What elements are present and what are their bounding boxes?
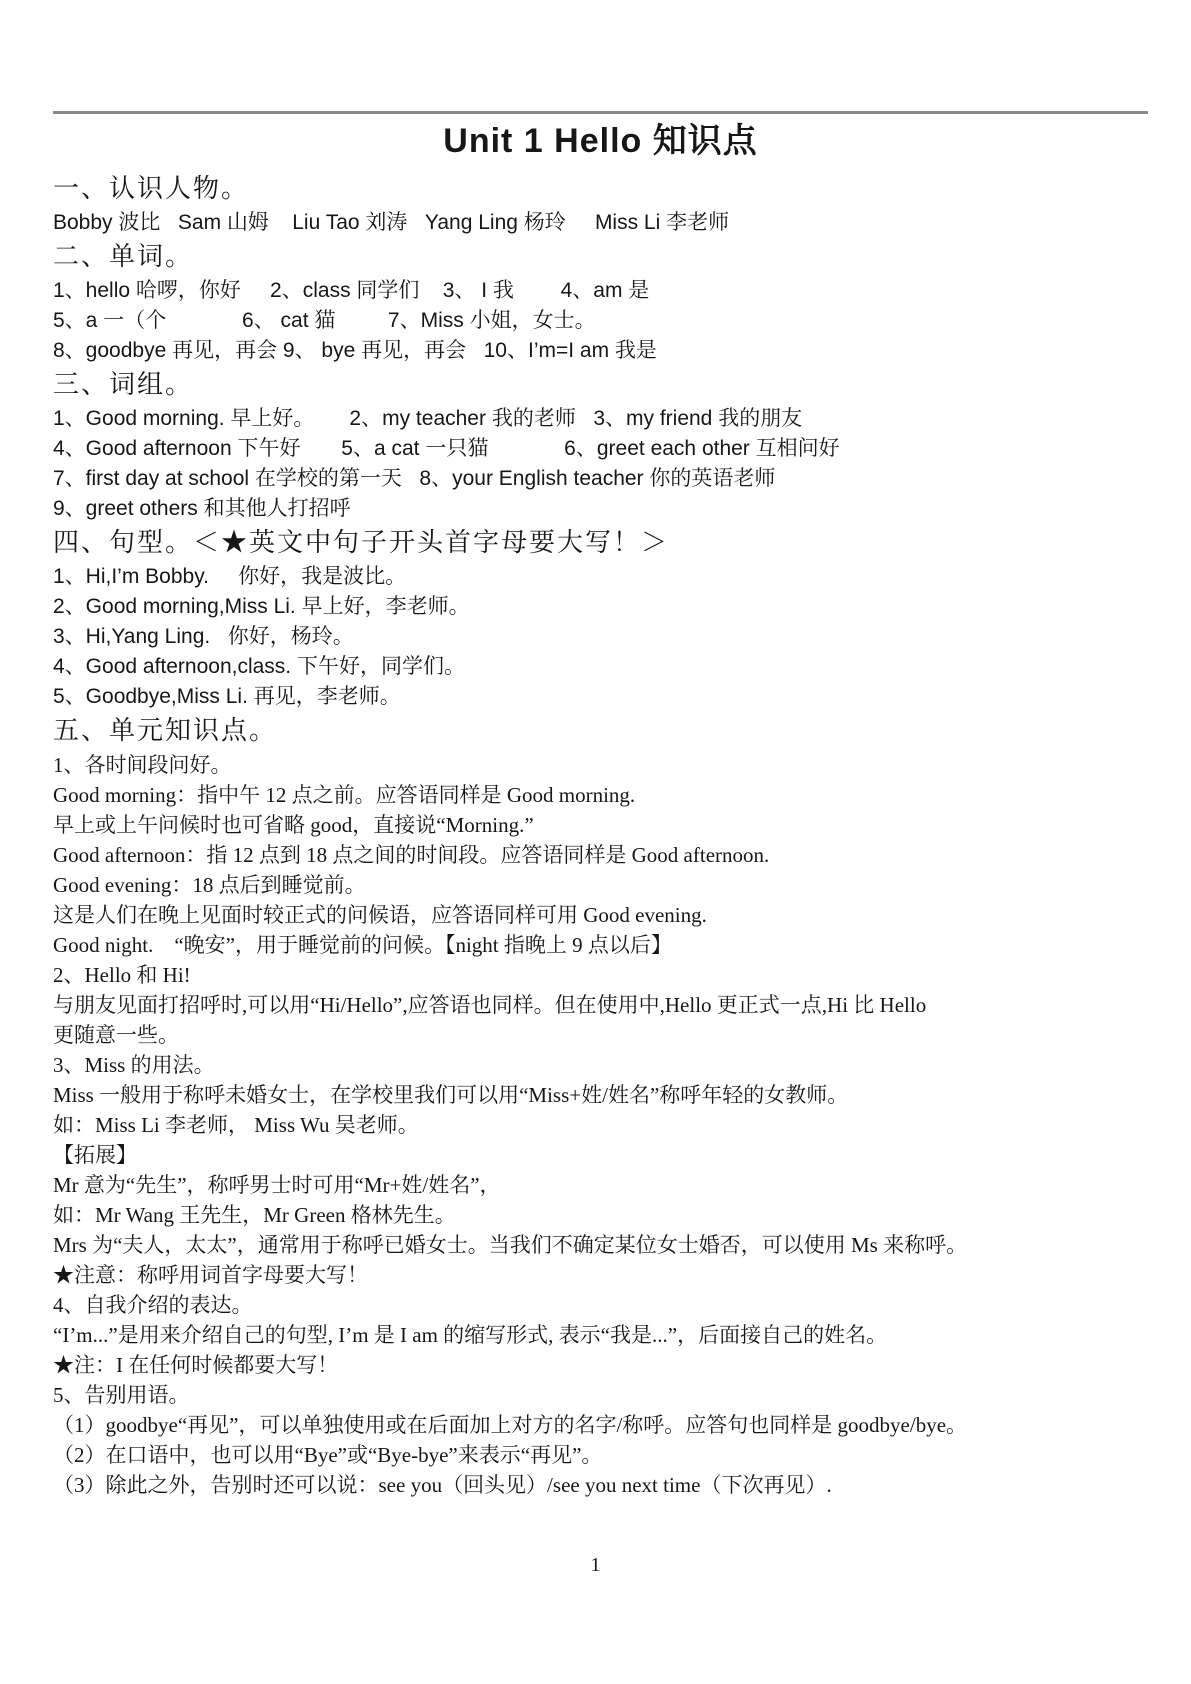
sentences-line-5: 5、Goodbye,Miss Li. 再见，李老师。: [53, 682, 1148, 712]
knowledge-line-22: 5、告别用语。: [53, 1380, 1148, 1410]
knowledge-line-2: Good morning：指中午 12 点之前。应答语同样是 Good morn…: [53, 780, 1148, 810]
knowledge-line-9: 与朋友见面打招呼时,可以用“Hi/Hello”,应答语也同样。但在使用中,Hel…: [53, 990, 1148, 1020]
phrases-line-1: 1、Good morning. 早上好。 2、my teacher 我的老师 3…: [53, 404, 1148, 434]
knowledge-line-7: Good night. “晚安”，用于睡觉前的问候。【night 指晚上 9 点…: [53, 930, 1148, 960]
sentences-line-1: 1、Hi,I’m Bobby. 你好，我是波比。: [53, 562, 1148, 592]
knowledge-line-11: 3、Miss 的用法。: [53, 1050, 1148, 1080]
document-page: Unit 1 Hello 知识点 一、认识人物。 Bobby 波比 Sam 山姆…: [0, 0, 1191, 1684]
section-heading-sentences: 四、句型。＜★英文中句子开头首字母要大写！＞: [53, 524, 1148, 562]
knowledge-line-25: （3）除此之外，告别时还可以说：see you（回头见）/see you nex…: [53, 1470, 1148, 1500]
words-line-3: 8、goodbye 再见，再会 9、 bye 再见，再会 10、I’m=I am…: [53, 336, 1148, 366]
sentences-line-2: 2、Good morning,Miss Li. 早上好，李老师。: [53, 592, 1148, 622]
sentences-line-3: 3、Hi,Yang Ling. 你好，杨玲。: [53, 622, 1148, 652]
knowledge-line-16: 如：Mr Wang 王先生，Mr Green 格林先生。: [53, 1200, 1148, 1230]
knowledge-line-19: 4、自我介绍的表达。: [53, 1290, 1148, 1320]
characters-line: Bobby 波比 Sam 山姆 Liu Tao 刘涛 Yang Ling 杨玲 …: [53, 208, 1148, 238]
page-number: 1: [0, 1552, 1191, 1578]
words-line-1: 1、hello 哈啰，你好 2、class 同学们 3、 I 我 4、am 是: [53, 276, 1148, 306]
sentences-line-4: 4、Good afternoon,class. 下午好，同学们。: [53, 652, 1148, 682]
knowledge-line-18: ★注意：称呼用词首字母要大写！: [53, 1260, 1148, 1290]
section-heading-knowledge: 五、单元知识点。: [53, 712, 1148, 750]
knowledge-line-24: （2）在口语中，也可以用“Bye”或“Bye-bye”来表示“再见”。: [53, 1440, 1148, 1470]
knowledge-line-21: ★注：I 在任何时候都要大写！: [53, 1350, 1148, 1380]
section-heading-characters: 一、认识人物。: [53, 170, 1148, 208]
knowledge-line-23: （1）goodbye“再见”，可以单独使用或在后面加上对方的名字/称呼。应答句也…: [53, 1410, 1148, 1440]
knowledge-line-12: Miss 一般用于称呼未婚女士，在学校里我们可以用“Miss+姓/姓名”称呼年轻…: [53, 1080, 1148, 1110]
phrases-line-2: 4、Good afternoon 下午好 5、a cat 一只猫 6、greet…: [53, 434, 1148, 464]
phrases-line-4: 9、greet others 和其他人打招呼: [53, 494, 1148, 524]
knowledge-line-14: 【拓展】: [53, 1140, 1148, 1170]
knowledge-line-3: 早上或上午问候时也可省略 good，直接说“Morning.”: [53, 810, 1148, 840]
knowledge-line-10: 更随意一些。: [53, 1020, 1148, 1050]
knowledge-line-8: 2、Hello 和 Hi!: [53, 960, 1148, 990]
phrases-line-3: 7、first day at school 在学校的第一天 8、your Eng…: [53, 464, 1148, 494]
knowledge-line-17: Mrs 为“夫人，太太”，通常用于称呼已婚女士。当我们不确定某位女士婚否，可以使…: [53, 1230, 1148, 1260]
knowledge-line-6: 这是人们在晚上见面时较正式的问候语，应答语同样可用 Good evening.: [53, 900, 1148, 930]
section-heading-phrases: 三、词组。: [53, 366, 1148, 404]
knowledge-line-5: Good evening：18 点后到睡觉前。: [53, 870, 1148, 900]
knowledge-line-4: Good afternoon：指 12 点到 18 点之间的时间段。应答语同样是…: [53, 840, 1148, 870]
knowledge-line-15: Mr 意为“先生”，称呼男士时可用“Mr+姓/姓名”，: [53, 1170, 1148, 1200]
knowledge-line-1: 1、各时间段问好。: [53, 750, 1148, 780]
knowledge-line-13: 如：Miss Li 李老师， Miss Wu 吴老师。: [53, 1110, 1148, 1140]
page-title: Unit 1 Hello 知识点: [53, 118, 1148, 164]
words-line-2: 5、a 一（个 6、 cat 猫 7、Miss 小姐，女士。: [53, 306, 1148, 336]
knowledge-line-20: “I’m...”是用来介绍自己的句型, I’m 是 I am 的缩写形式, 表示…: [53, 1320, 1148, 1350]
section-heading-words: 二、单词。: [53, 238, 1148, 276]
